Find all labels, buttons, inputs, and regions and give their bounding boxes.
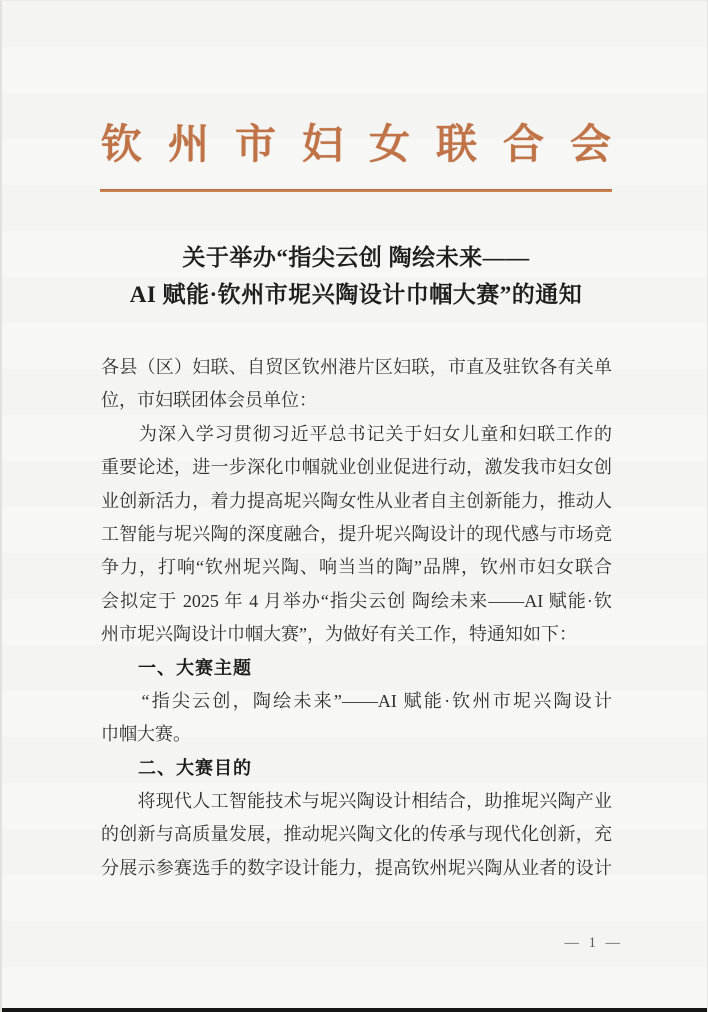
notice-title-line-2: AI 赋能·钦州市坭兴陶设计巾帼大赛”的通知 <box>2 276 708 313</box>
scan-bottom-edge <box>2 1008 707 1012</box>
body-line: 争力，打响“钦州坭兴陶、响当当的陶”品牌，钦州市妇女联合 <box>101 551 612 584</box>
body-line: 将现代人工智能技术与坭兴陶设计相结合，助推坭兴陶产业 <box>101 785 612 818</box>
body-line: 重要论述，进一步深化巾帼就业创业促进行动，激发我市妇女创 <box>101 451 612 484</box>
body-line: 分展示参赛选手的数字设计能力，提高钦州坭兴陶从业者的设计 <box>101 852 612 885</box>
body-line: 为深入学习贯彻习近平总书记关于妇女儿童和妇联工作的 <box>101 418 612 451</box>
document-body: 各县（区）妇联、自贸区钦州港片区妇联，市直及驻钦各有关单位，市妇联团体会员单位：… <box>101 351 612 885</box>
body-line: 州市坭兴陶设计巾帼大赛”，为做好有关工作，特通知如下： <box>101 618 612 651</box>
body-line: 工智能与坭兴陶的深度融合，提升坭兴陶设计的现代感与市场竞 <box>101 518 612 551</box>
scanned-notice-page: 钦州市妇女联合会 关于举办“指尖云创 陶绘未来—— AI 赋能·钦州市坭兴陶设计… <box>0 0 708 1012</box>
body-line: 业创新活力，着力提高坭兴陶女性从业者自主创新能力，推动人 <box>101 485 612 518</box>
body-line: 会拟定于 2025 年 4 月举办“指尖云创 陶绘未来——AI 赋能·钦 <box>101 585 612 618</box>
letterhead-org-name: 钦州市妇女联合会 <box>101 115 611 173</box>
page-number: — 1 — <box>565 935 624 952</box>
body-line: 的创新与高质量发展，推动坭兴陶文化的传承与现代化创新，充 <box>101 818 612 851</box>
letterhead-divider-rule <box>100 189 612 192</box>
notice-title-line-1: 关于举办“指尖云创 陶绘未来—— <box>2 239 708 276</box>
body-line: 巾帼大赛。 <box>101 718 612 751</box>
body-line: 各县（区）妇联、自贸区钦州港片区妇联，市直及驻钦各有关单 <box>101 351 612 384</box>
body-line: “指尖云创，陶绘未来”——AI 赋能·钦州市坭兴陶设计 <box>101 685 612 718</box>
body-line: 位，市妇联团体会员单位： <box>101 384 612 417</box>
section-heading: 一、大赛主题 <box>101 652 612 685</box>
notice-title: 关于举办“指尖云创 陶绘未来—— AI 赋能·钦州市坭兴陶设计巾帼大赛”的通知 <box>2 239 708 313</box>
section-heading: 二、大赛目的 <box>101 752 612 785</box>
